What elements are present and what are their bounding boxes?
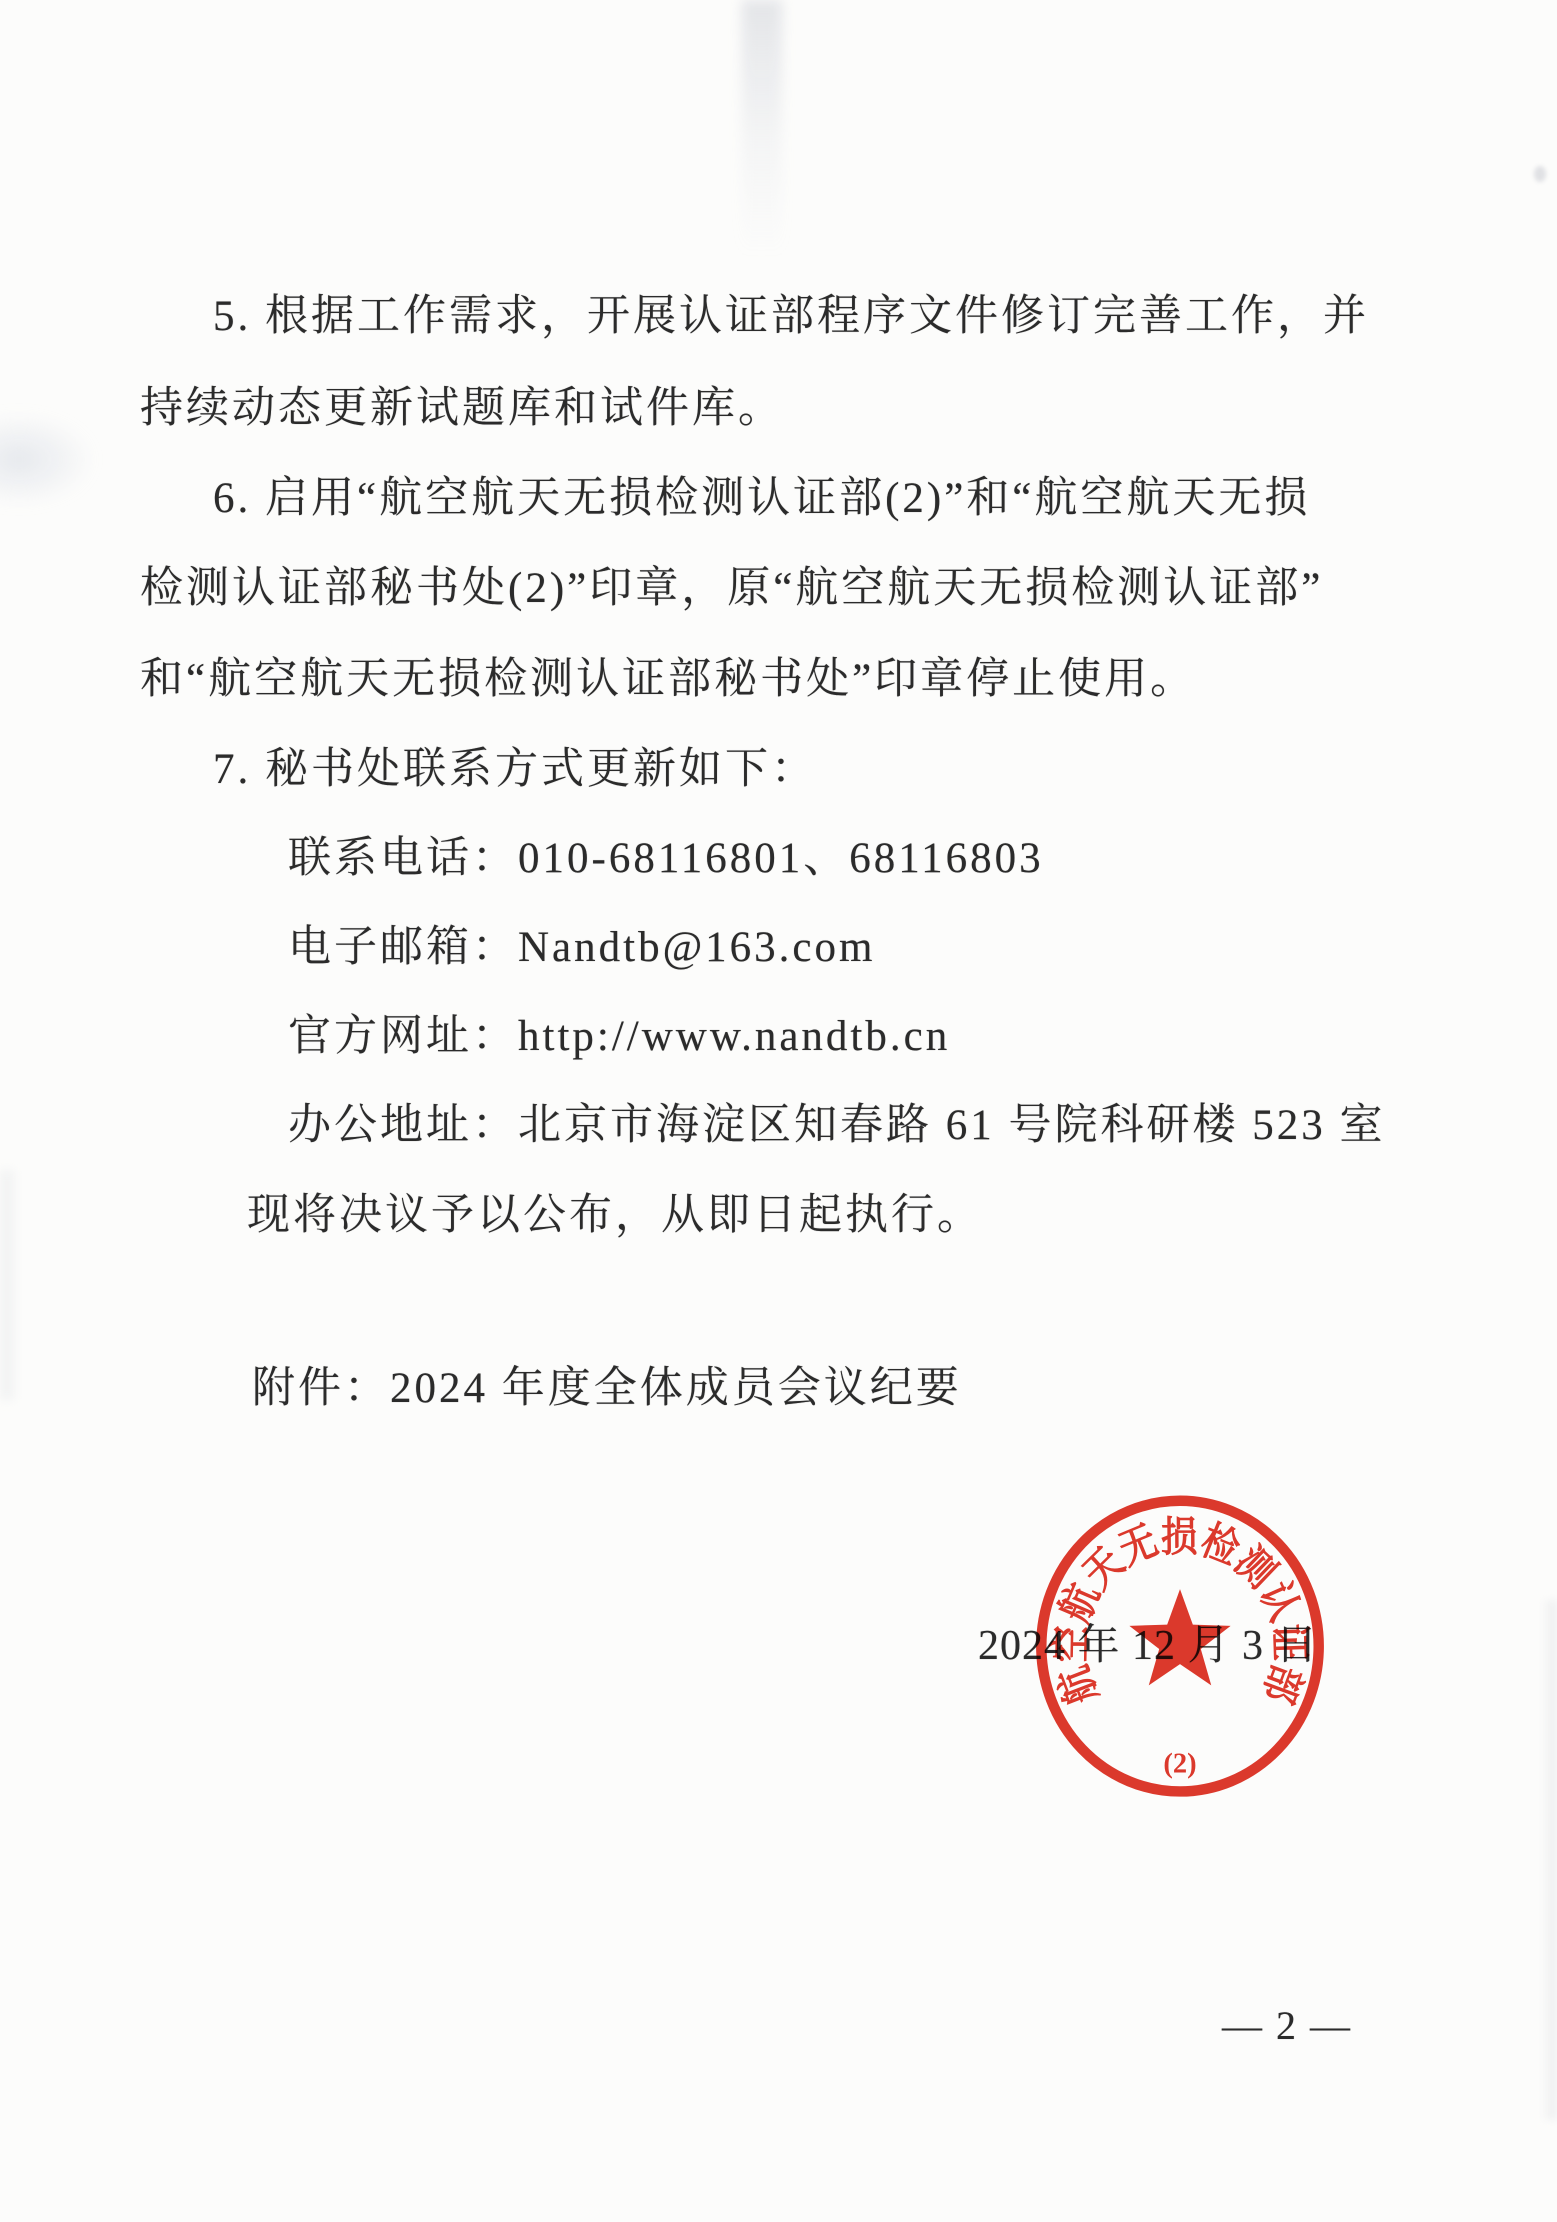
- body-line-item7: 7. 秘书处联系方式更新如下：: [213, 743, 817, 797]
- official-seal-stamp: 航空航天无损检测认证部 (2): [1028, 1490, 1332, 1806]
- seal-suffix-text: (2): [1163, 1748, 1196, 1779]
- scan-artifact: [0, 1170, 14, 1400]
- contact-email-line: 电子邮箱：Nandtb@163.com: [288, 921, 875, 975]
- body-line-item6-cont2: 和“航空航天无损检测认证部秘书处”印章停止使用。: [140, 653, 1196, 707]
- scan-artifact: [0, 412, 96, 507]
- page-number: — 2 —: [1222, 2002, 1352, 2049]
- contact-phone-line: 联系电话：010-68116801、68116803: [288, 832, 1044, 886]
- scanned-document-page: 5. 根据工作需求，开展认证部程序文件修订完善工作，并 持续动态更新试题库和试件…: [0, 0, 1557, 2222]
- scan-artifact: [742, 0, 782, 255]
- body-line-announcement: 现将决议予以公布，从即日起执行。: [247, 1189, 983, 1243]
- seal-star-icon: [1129, 1589, 1230, 1685]
- scan-artifact: [1534, 166, 1546, 182]
- body-line-item6: 6. 启用“航空航天无损检测认证部(2)”和“航空航天无损: [213, 472, 1310, 526]
- body-line-item5-cont: 持续动态更新试题库和试件库。: [140, 382, 784, 436]
- scan-artifact: [1541, 1600, 1557, 2120]
- body-line-item5: 5. 根据工作需求，开展认证部程序文件修订完善工作，并: [213, 290, 1369, 344]
- body-line-item6-cont1: 检测认证部秘书处(2)”印章，原“航空航天无损检测认证部”: [140, 562, 1323, 616]
- attachment-line: 附件：2024 年度全体成员会议纪要: [252, 1362, 962, 1416]
- contact-address-line: 办公地址：北京市海淀区知春路 61 号院科研楼 523 室: [288, 1099, 1386, 1153]
- contact-website-line: 官方网址：http://www.nandtb.cn: [288, 1010, 950, 1064]
